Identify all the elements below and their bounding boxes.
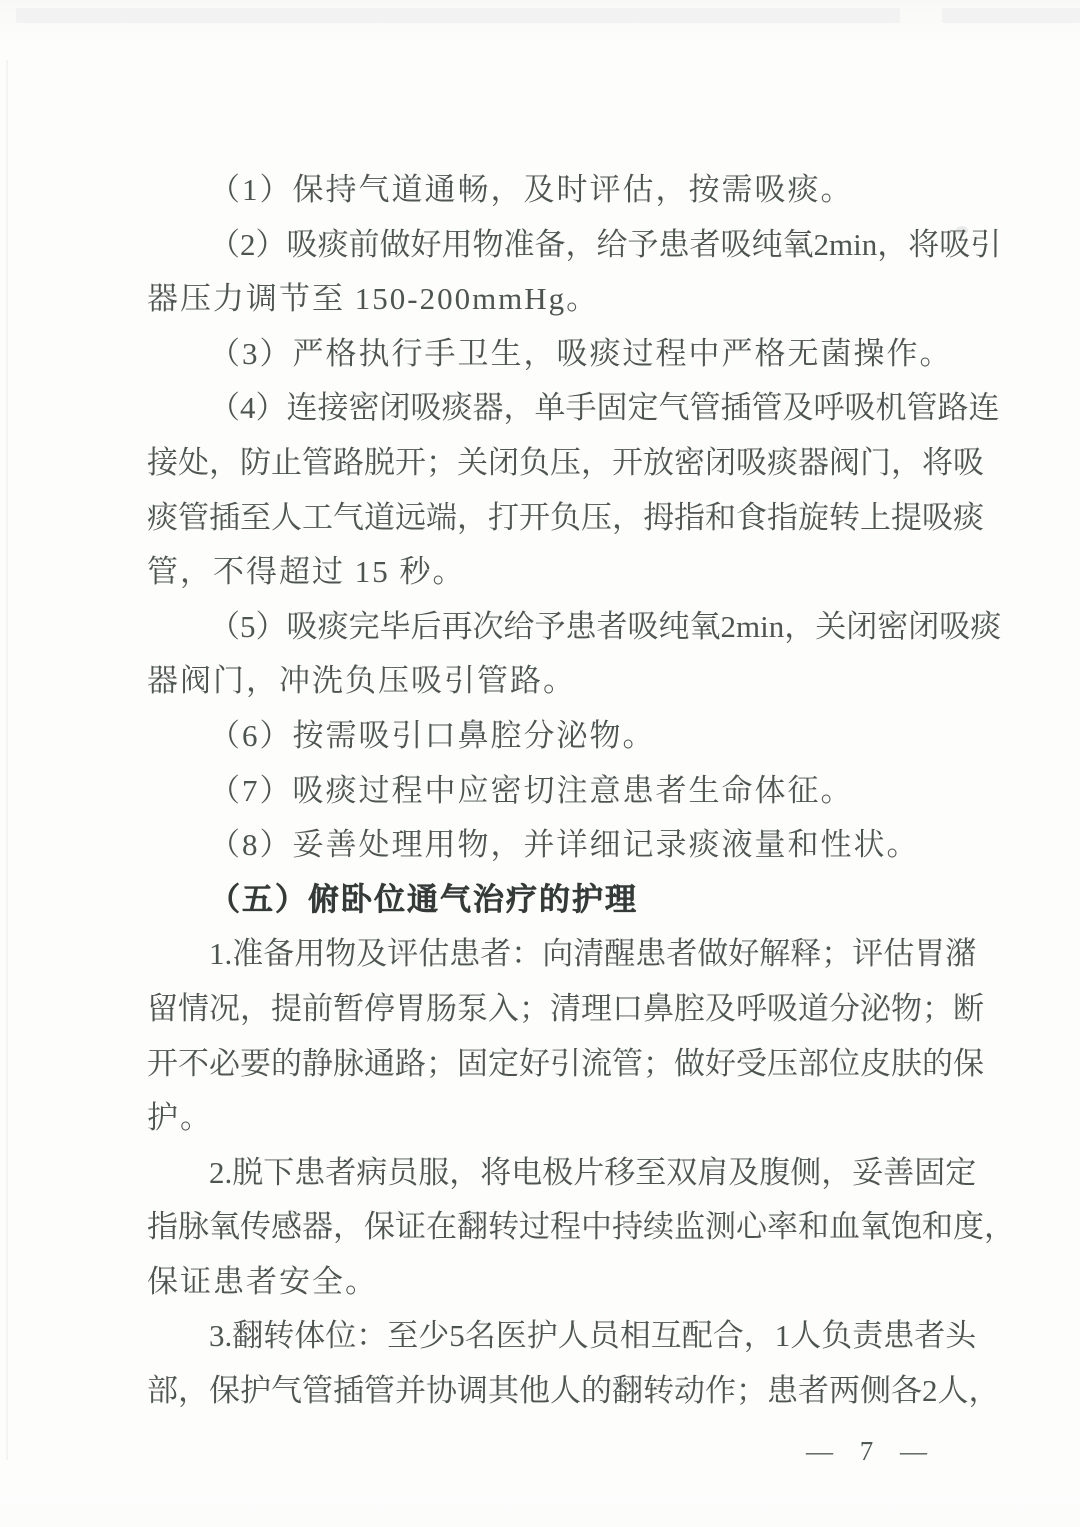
text-line: （8）妥善处理用物，并详细记录痰液量和性状。: [147, 818, 952, 873]
document-body: （1）保持气道通畅，及时评估，按需吸痰。（2）吸痰前做好用物准备，给予患者吸纯氧…: [147, 163, 952, 1419]
document-page: （1）保持气道通畅，及时评估，按需吸痰。（2）吸痰前做好用物准备，给予患者吸纯氧…: [0, 0, 1080, 1527]
body-paragraph: （7）吸痰过程中应密切注意患者生命体征。: [147, 764, 952, 819]
text-line: 开不必要的静脉通路；固定好引流管；做好受压部位皮肤的保: [147, 1037, 952, 1092]
text-line: （五）俯卧位通气治疗的护理: [147, 873, 952, 928]
page-footer: — 7 —: [806, 1436, 930, 1467]
text-line: （3）严格执行手卫生，吸痰过程中严格无菌操作。: [147, 327, 952, 382]
text-line: （1）保持气道通畅，及时评估，按需吸痰。: [147, 163, 952, 218]
text-line: （4）连接密闭吸痰器，单手固定气管插管及呼吸机管路连: [147, 381, 952, 436]
text-line: 2.脱下患者病员服，将电极片移至双肩及腹侧，妥善固定: [147, 1146, 952, 1201]
body-paragraph: 1.准备用物及评估患者：向清醒患者做好解释；评估胃潴留情况，提前暂停胃肠泵入；清…: [147, 927, 952, 1145]
text-line: 痰管插至人工气道远端，打开负压，拇指和食指旋转上提吸痰: [147, 491, 952, 546]
body-paragraph: （5）吸痰完毕后再次给予患者吸纯氧2min，关闭密闭吸痰器阀门，冲洗负压吸引管路…: [147, 600, 952, 709]
text-line: 管，不得超过 15 秒。: [147, 545, 952, 600]
text-line: 3.翻转体位：至少5名医护人员相互配合，1人负责患者头: [147, 1309, 952, 1364]
body-paragraph: 2.脱下患者病员服，将电极片移至双肩及腹侧，妥善固定指脉氧传感器，保证在翻转过程…: [147, 1146, 952, 1310]
text-line: 接处，防止管路脱开；关闭负压，开放密闭吸痰器阀门，将吸: [147, 436, 952, 491]
text-line: 1.准备用物及评估患者：向清醒患者做好解释；评估胃潴: [147, 927, 952, 982]
page-number: — 7 —: [806, 1436, 930, 1466]
body-paragraph: （6）按需吸引口鼻腔分泌物。: [147, 709, 952, 764]
scan-artifact: [942, 8, 1080, 23]
text-line: （6）按需吸引口鼻腔分泌物。: [147, 709, 952, 764]
body-paragraph: （3）严格执行手卫生，吸痰过程中严格无菌操作。: [147, 327, 952, 382]
text-line: 部，保护气管插管并协调其他人的翻转动作；患者两侧各2人，: [147, 1364, 952, 1419]
text-line: 器压力调节至 150-200mmHg。: [147, 272, 952, 327]
body-paragraph: （4）连接密闭吸痰器，单手固定气管插管及呼吸机管路连接处，防止管路脱开；关闭负压…: [147, 381, 952, 599]
body-paragraph: （2）吸痰前做好用物准备，给予患者吸纯氧2min，将吸引器压力调节至 150-2…: [147, 218, 952, 327]
body-paragraph: （8）妥善处理用物，并详细记录痰液量和性状。: [147, 818, 952, 873]
text-line: （2）吸痰前做好用物准备，给予患者吸纯氧2min，将吸引: [147, 218, 952, 273]
text-line: 护。: [147, 1091, 952, 1146]
text-line: 保证患者安全。: [147, 1255, 952, 1310]
text-line: 器阀门，冲洗负压吸引管路。: [147, 654, 952, 709]
text-line: 留情况，提前暂停胃肠泵入；清理口鼻腔及呼吸道分泌物；断: [147, 982, 952, 1037]
scan-artifact: [6, 60, 8, 1460]
text-line: （7）吸痰过程中应密切注意患者生命体征。: [147, 764, 952, 819]
text-line: 指脉氧传感器，保证在翻转过程中持续监测心率和血氧饱和度，: [147, 1200, 952, 1255]
scan-artifact: [16, 8, 900, 23]
text-line: （5）吸痰完毕后再次给予患者吸纯氧2min，关闭密闭吸痰: [147, 600, 952, 655]
body-paragraph: （1）保持气道通畅，及时评估，按需吸痰。: [147, 163, 952, 218]
body-paragraph: 3.翻转体位：至少5名医护人员相互配合，1人负责患者头部，保护气管插管并协调其他…: [147, 1309, 952, 1418]
section-heading: （五）俯卧位通气治疗的护理: [147, 873, 952, 928]
